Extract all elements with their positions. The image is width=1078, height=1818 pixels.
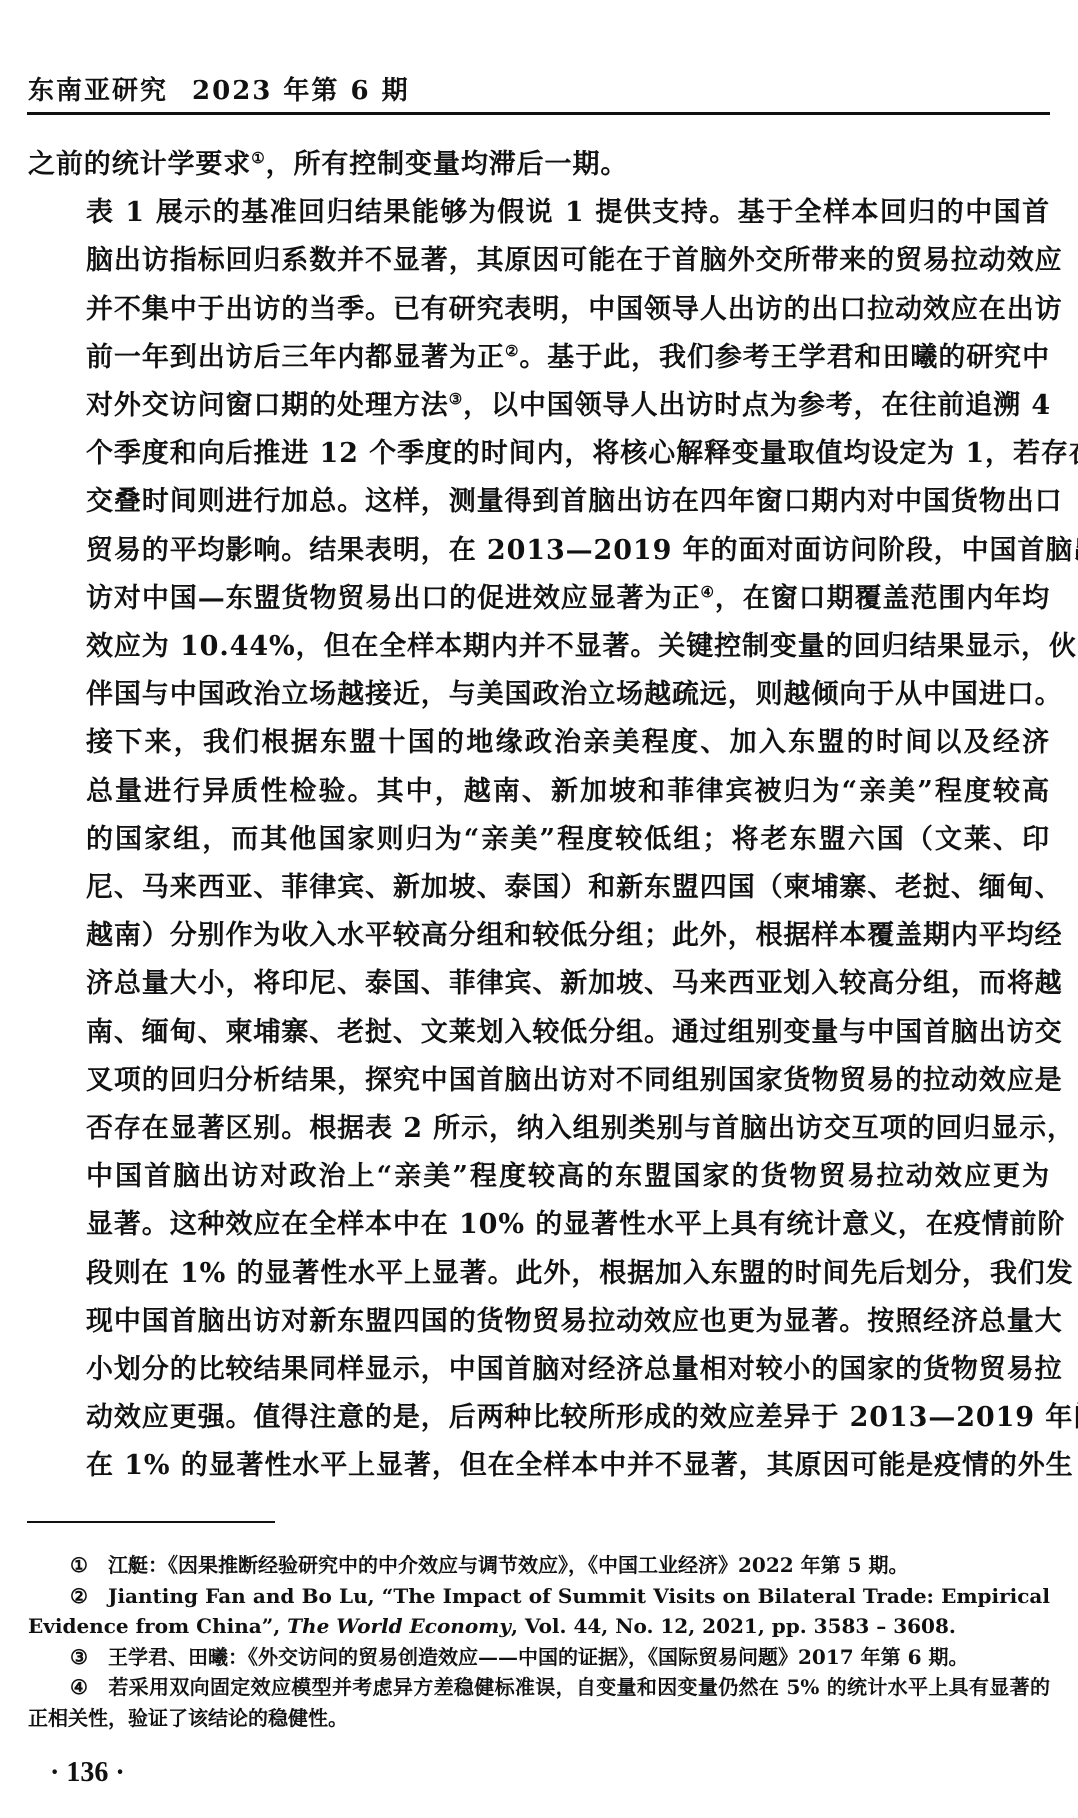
- text-line: 贸易的平均影响。结果表明，在 2013—2019 年的面对面访问阶段，中国首脑出: [28, 527, 1050, 575]
- line-text: 尼、马来西亚、菲律宾、新加坡、泰国）和新东盟四国（柬埔寨、老挝、缅甸、: [86, 872, 1063, 903]
- text-line: 接下来，我们根据东盟十国的地缘政治亲美程度、加入东盟的时间以及经济: [28, 719, 1050, 767]
- text-line: 段则在 1% 的显著性水平上显著。此外，根据加入东盟的时间先后划分，我们发: [28, 1250, 1050, 1298]
- line-text: 并不集中于出访的当季。已有研究表明，中国领导人出访的出口拉动效应在出访: [86, 294, 1063, 325]
- text-line: 访对中国—东盟货物贸易出口的促进效应显著为正④，在窗口期覆盖范围内年均: [28, 575, 1050, 623]
- text-line: 脑出访指标回归系数并不显著，其原因可能在于首脑外交所带来的贸易拉动效应: [28, 237, 1050, 285]
- issue-label: 2023 年第 6 期: [192, 76, 410, 106]
- line-text: 段则在 1% 的显著性水平上显著。此外，根据加入东盟的时间先后划分，我们发: [86, 1258, 1074, 1289]
- line-text: 前一年到出访后三年内都显著为正: [86, 342, 505, 373]
- footnote-text: , Vol. 44, No. 12, 2021, pp. 3583 – 3608…: [511, 1614, 956, 1638]
- text-line: 并不集中于出访的当季。已有研究表明，中国领导人出访的出口拉动效应在出访: [28, 286, 1050, 334]
- text-line: 之前的统计学要求①，所有控制变量均滞后一期。: [28, 141, 1050, 189]
- body-text: 之前的统计学要求①，所有控制变量均滞后一期。表 1 展示的基准回归结果能够为假说…: [28, 141, 1050, 1491]
- text-line: 叉项的回归分析结果，探究中国首脑出访对不同组别国家货物贸易的拉动效应是: [28, 1057, 1050, 1105]
- text-line: 小划分的比较结果同样显示，中国首脑对经济总量相对较小的国家的货物贸易拉: [28, 1346, 1050, 1394]
- line-text: 越南）分别作为收入水平较高分组和较低分组；此外，根据样本覆盖期内平均经: [86, 920, 1063, 951]
- text-line: 否存在显著区别。根据表 2 所示，纳入组别类别与首脑出访交互项的回归显示，: [28, 1105, 1050, 1153]
- body-paragraph: 表 1 展示的基准回归结果能够为假说 1 提供支持。基于全样本回归的中国首脑出访…: [28, 189, 1050, 719]
- line-text: 贸易的平均影响。结果表明，在 2013—2019 年的面对面访问阶段，中国首脑出: [86, 535, 1078, 566]
- text-line: 现中国首脑出访对新东盟四国的货物贸易拉动效应也更为显著。按照经济总量大: [28, 1298, 1050, 1346]
- footnote-mark: ①: [70, 1550, 108, 1581]
- text-line: 的国家组，而其他国家则归为“亲美”程度较低组；将老东盟六国（文莱、印: [28, 816, 1050, 864]
- text-line: 表 1 展示的基准回归结果能够为假说 1 提供支持。基于全样本回归的中国首: [28, 189, 1050, 237]
- text-line: 前一年到出访后三年内都显著为正②。基于此，我们参考王学君和田曦的研究中: [28, 334, 1050, 382]
- line-text: ，在窗口期覆盖范围内年均: [715, 583, 1050, 614]
- footnote-rule: [27, 1521, 275, 1523]
- line-text: 交叠时间则进行加总。这样，测量得到首脑出访在四年窗口期内对中国货物出口: [86, 486, 1063, 517]
- body-paragraph: 接下来，我们根据东盟十国的地缘政治亲美程度、加入东盟的时间以及经济总量进行异质性…: [28, 719, 1050, 1490]
- footnote-mark: ④: [70, 1672, 108, 1703]
- line-text: 显著。这种效应在全样本中在 10% 的显著性水平上具有统计意义，在疫情前阶: [86, 1209, 1065, 1240]
- line-text: 访对中国—东盟货物贸易出口的促进效应显著为正: [86, 583, 700, 614]
- text-line: 南、缅甸、柬埔寨、老挝、文莱划入较低分组。通过组别变量与中国首脑出访交: [28, 1009, 1050, 1057]
- footnote-text: 若采用双向固定效应模型并考虑异方差稳健标准误，自变量和因变量仍然在 5% 的统计…: [28, 1675, 1050, 1730]
- footnote-text: 江艇：《因果推断经验研究中的中介效应与调节效应》，《中国工业经济》2022 年第…: [108, 1553, 908, 1577]
- running-head: 东南亚研究2023 年第 6 期: [28, 70, 410, 107]
- footnote-mark: ②: [70, 1581, 108, 1612]
- text-line: 越南）分别作为收入水平较高分组和较低分组；此外，根据样本覆盖期内平均经: [28, 912, 1050, 960]
- line-text: 济总量大小，将印尼、泰国、菲律宾、新加坡、马来西亚划入较高分组，而将越: [86, 968, 1063, 999]
- footnote-2: ②Jianting Fan and Bo Lu, “The Impact of …: [28, 1581, 1050, 1642]
- line-text: 动效应更强。值得注意的是，后两种比较所形成的效应差异于 2013—2019 年间: [86, 1402, 1078, 1433]
- line-text: 总量进行异质性检验。其中，越南、新加坡和菲律宾被归为“亲美”程度较高: [86, 776, 1050, 807]
- text-line: 在 1% 的显著性水平上显著，但在全样本中并不显著，其原因可能是疫情的外生: [28, 1442, 1050, 1490]
- footnote-reference[interactable]: ③: [449, 390, 463, 408]
- journal-name: 东南亚研究: [28, 76, 168, 106]
- line-text: 。基于此，我们参考王学君和田曦的研究中: [519, 342, 1050, 373]
- line-text: 效应为 10.44%，但在全样本期内并不显著。关键控制变量的回归结果显示，伙: [86, 631, 1077, 662]
- footnote-1: ①江艇：《因果推断经验研究中的中介效应与调节效应》，《中国工业经济》2022 年…: [28, 1550, 1050, 1581]
- header-rule: [27, 112, 1050, 115]
- line-text: 的国家组，而其他国家则归为“亲美”程度较低组；将老东盟六国（文莱、印: [86, 824, 1050, 855]
- line-text: 小划分的比较结果同样显示，中国首脑对经济总量相对较小的国家的货物贸易拉: [86, 1354, 1063, 1385]
- text-line: 动效应更强。值得注意的是，后两种比较所形成的效应差异于 2013—2019 年间: [28, 1394, 1050, 1442]
- text-line: 交叠时间则进行加总。这样，测量得到首脑出访在四年窗口期内对中国货物出口: [28, 478, 1050, 526]
- text-line: 济总量大小，将印尼、泰国、菲律宾、新加坡、马来西亚划入较高分组，而将越: [28, 960, 1050, 1008]
- footnotes: ①江艇：《因果推断经验研究中的中介效应与调节效应》，《中国工业经济》2022 年…: [28, 1550, 1050, 1733]
- text-line: 中国首脑出访对政治上“亲美”程度较高的东盟国家的货物贸易拉动效应更为: [28, 1153, 1050, 1201]
- footnote-journal-title: The World Economy: [287, 1614, 511, 1638]
- text-line: 效应为 10.44%，但在全样本期内并不显著。关键控制变量的回归结果显示，伙: [28, 623, 1050, 671]
- line-text: 脑出访指标回归系数并不显著，其原因可能在于首脑外交所带来的贸易拉动效应: [86, 245, 1063, 276]
- line-text: 南、缅甸、柬埔寨、老挝、文莱划入较低分组。通过组别变量与中国首脑出访交: [86, 1017, 1063, 1048]
- line-text: 伴国与中国政治立场越接近，与美国政治立场越疏远，则越倾向于从中国进口。: [86, 679, 1063, 710]
- line-text: 之前的统计学要求: [28, 149, 251, 180]
- line-text: ，以中国领导人出访时点为参考，在往前追溯 4: [463, 390, 1051, 421]
- footnote-mark: ③: [70, 1642, 108, 1673]
- footnote-reference[interactable]: ①: [251, 149, 265, 167]
- footnote-reference[interactable]: ②: [505, 342, 519, 360]
- line-text: ，所有控制变量均滞后一期。: [266, 149, 629, 180]
- footnote-3: ③王学君、田曦：《外交访问的贸易创造效应——中国的证据》，《国际贸易问题》201…: [28, 1642, 1050, 1673]
- line-text: 否存在显著区别。根据表 2 所示，纳入组别类别与首脑出访交互项的回归显示，: [86, 1113, 1075, 1144]
- line-text: 在 1% 的显著性水平上显著，但在全样本中并不显著，其原因可能是疫情的外生: [86, 1450, 1074, 1481]
- body-paragraph: 之前的统计学要求①，所有控制变量均滞后一期。: [28, 141, 1050, 189]
- line-text: 接下来，我们根据东盟十国的地缘政治亲美程度、加入东盟的时间以及经济: [86, 727, 1050, 758]
- text-line: 总量进行异质性检验。其中，越南、新加坡和菲律宾被归为“亲美”程度较高: [28, 768, 1050, 816]
- line-text: 对外交访问窗口期的处理方法: [86, 390, 449, 421]
- page-number: · 136 ·: [50, 1757, 125, 1789]
- line-text: 中国首脑出访对政治上“亲美”程度较高的东盟国家的货物贸易拉动效应更为: [86, 1161, 1050, 1192]
- text-line: 个季度和向后推进 12 个季度的时间内，将核心解释变量取值均设定为 1，若存在: [28, 430, 1050, 478]
- text-line: 伴国与中国政治立场越接近，与美国政治立场越疏远，则越倾向于从中国进口。: [28, 671, 1050, 719]
- footnote-text: 王学君、田曦：《外交访问的贸易创造效应——中国的证据》，《国际贸易问题》2017…: [108, 1645, 968, 1669]
- footnote-4: ④若采用双向固定效应模型并考虑异方差稳健标准误，自变量和因变量仍然在 5% 的统…: [28, 1672, 1050, 1733]
- line-text: 现中国首脑出访对新东盟四国的货物贸易拉动效应也更为显著。按照经济总量大: [86, 1306, 1063, 1337]
- text-line: 尼、马来西亚、菲律宾、新加坡、泰国）和新东盟四国（柬埔寨、老挝、缅甸、: [28, 864, 1050, 912]
- text-line: 显著。这种效应在全样本中在 10% 的显著性水平上具有统计意义，在疫情前阶: [28, 1201, 1050, 1249]
- line-text: 叉项的回归分析结果，探究中国首脑出访对不同组别国家货物贸易的拉动效应是: [86, 1065, 1063, 1096]
- footnote-reference[interactable]: ④: [700, 583, 714, 601]
- text-line: 对外交访问窗口期的处理方法③，以中国领导人出访时点为参考，在往前追溯 4: [28, 382, 1050, 430]
- line-text: 表 1 展示的基准回归结果能够为假说 1 提供支持。基于全样本回归的中国首: [86, 197, 1050, 228]
- line-text: 个季度和向后推进 12 个季度的时间内，将核心解释变量取值均设定为 1，若存在: [86, 438, 1078, 469]
